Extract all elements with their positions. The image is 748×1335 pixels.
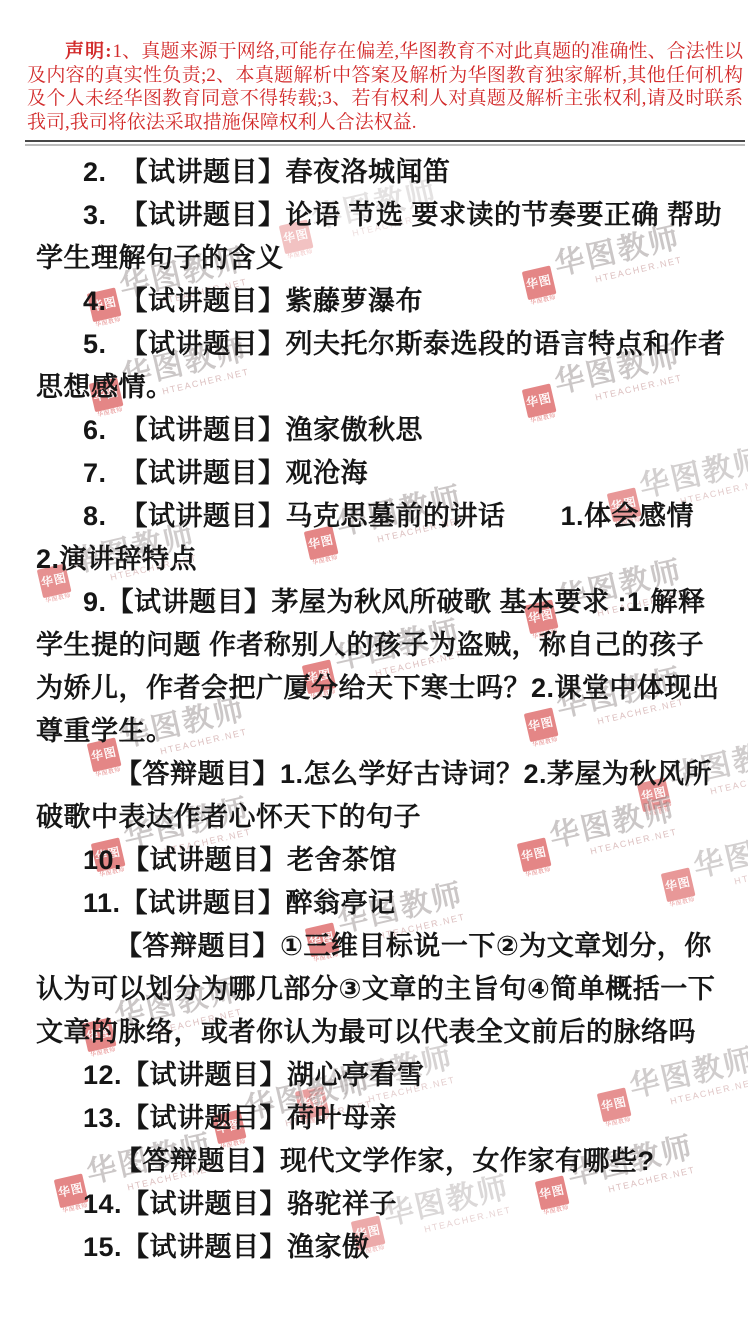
lecture-question: 3. 【试讲题目】论语 节选 要求读的节奏要正确 帮助学生理解句子的含义 — [36, 194, 726, 280]
lecture-question: 8. 【试讲题目】马克思墓前的讲话 1.体会感情 2.演讲辞特点 — [36, 495, 726, 581]
lecture-question: 13.【试讲题目】荷叶母亲 — [36, 1097, 726, 1140]
disclaimer-text: 1、真题来源于网络,可能存在偏差,华图教育不对此真题的准确性、合法性以及内容的真… — [27, 41, 743, 133]
lecture-question: 5. 【试讲题目】列夫托尔斯泰选段的语言特点和作者思想感情。 — [36, 323, 726, 409]
defense-question: 【答辩题目】1.怎么学好古诗词？2.茅屋为秋风所破歌中表达作者心怀天下的句子 — [36, 753, 726, 839]
document-page: 华图 华图教师 华图教师 HTEACHER.NET 华图 华图教师 华图教师 H… — [0, 0, 748, 1335]
defense-question: 【答辩题目】①三维目标说一下②为文章划分，你认为可以划分为哪几部分③文章的主旨句… — [36, 925, 726, 1054]
disclaimer-paragraph: 声明:1、真题来源于网络,可能存在偏差,华图教育不对此真题的准确性、合法性以及内… — [0, 0, 748, 134]
lecture-question: 15.【试讲题目】渔家傲 — [36, 1226, 726, 1269]
lecture-question: 14.【试讲题目】骆驼祥子 — [36, 1183, 726, 1226]
lecture-question: 2. 【试讲题目】春夜洛城闻笛 — [36, 151, 726, 194]
lecture-question: 11.【试讲题目】醉翁亭记 — [36, 882, 726, 925]
lecture-question: 12.【试讲题目】湖心亭看雪 — [36, 1054, 726, 1097]
lecture-question: 6. 【试讲题目】渔家傲秋思 — [36, 409, 726, 452]
defense-question: 【答辩题目】现代文学作家，女作家有哪些? — [36, 1140, 726, 1183]
lecture-question: 4. 【试讲题目】紫藤萝瀑布 — [36, 280, 726, 323]
question-list: 2. 【试讲题目】春夜洛城闻笛3. 【试讲题目】论语 节选 要求读的节奏要正确 … — [0, 146, 748, 1269]
lecture-question: 10.【试讲题目】老舍茶馆 — [36, 839, 726, 882]
lecture-question: 7. 【试讲题目】观沧海 — [36, 452, 726, 495]
disclaimer-label: 声明: — [65, 41, 113, 62]
section-divider — [25, 140, 745, 146]
lecture-question: 9.【试讲题目】茅屋为秋风所破歌 基本要求 :1.解释学生提的问题 作者称别人的… — [36, 581, 726, 753]
